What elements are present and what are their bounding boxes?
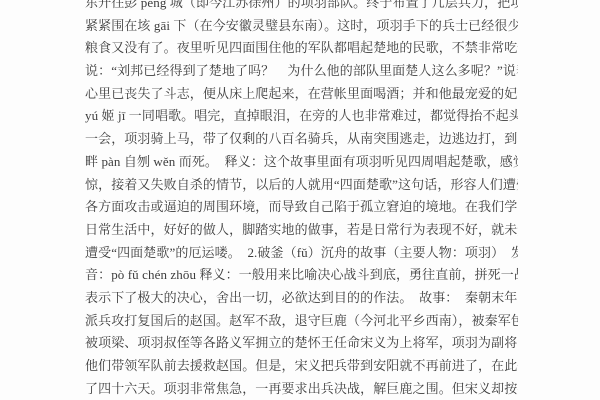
text-line: 表示下了极大的决心，舍出一切，必欲达到目的的作法。 故事： 秦朝末年，秦: [85, 287, 518, 310]
text-line: 畔 pàn 自刎 wěn 而死。 释义：这个故事里面有项羽听见四周唱起楚歌，感觉…: [85, 151, 518, 174]
text-line: 他们带领军队前去援救赵国。但是，宋义把兵带到安阳就不再前进了，在此停留: [85, 355, 518, 378]
text-line: 各方面攻击或逼迫的周围环境，而导致自己陷于孤立窘迫的境地。在我们学习和: [85, 196, 518, 219]
text-line: 惊，接着又失败自杀的情节，以后的人就用“四面楚歌”这句话，形容人们遭受: [85, 174, 518, 197]
text-line: yú 姬 jī 一同唱歌。唱完，直掉眼泪，在旁的人也非常难过，都觉得抬不起头来。: [85, 105, 518, 128]
text-line: 被项梁、项羽叔侄等各路义军拥立的楚怀王任命宋义为上将军，项羽为副将，让: [85, 332, 518, 355]
text-line: 东开往彭 péng 城（即今江苏徐州）的项羽部队。终于布置了几层兵力，把项羽: [85, 0, 518, 15]
paragraph-text-block: 东开往彭 péng 城（即今江苏徐州）的项羽部队。终于布置了几层兵力，把项羽紧紧…: [85, 0, 518, 400]
text-line: 日常生活中，好好的做人，脚踏实地的做事，若是日常行为表现不好，就未免要: [85, 219, 518, 242]
text-line: 粮食又没有了。夜里听见四面围住他的军队都唱起楚地的民歌，不禁非常吃惊地: [85, 37, 518, 60]
text-line: 说：“刘邦已经得到了楚地了吗？ 为什么他的部队里面楚人这么多呢？”说着，: [85, 60, 518, 83]
text-line: 遭受“四面楚歌”的厄运喽。 2.破釜（fǔ）沉舟的故事（主要人物：项羽） 发: [85, 242, 518, 265]
text-line: 一会，项羽骑上马，带了仅剩的八百名骑兵，从南突围逃走，边逃边打，到乌江: [85, 128, 518, 151]
text-line: 心里已丧失了斗志，便从床上爬起来，在营帐里面喝酒；并和他最宠爱的妃子虞: [85, 83, 518, 106]
text-line: 派兵攻打复国后的赵国。赵军不敌，退守巨鹿（今河北平乡西南），被秦军包围。: [85, 310, 518, 333]
text-line: 紧紧围在垓 gāi 下（在今安徽灵璧县东南）。这时，项羽手下的兵士已经很少，: [85, 15, 518, 38]
document-page: 东开往彭 péng 城（即今江苏徐州）的项羽部队。终于布置了几层兵力，把项羽紧紧…: [0, 0, 600, 400]
text-line: 音：pò fǔ chén zhōu 释义：一般用来比喻决心战斗到底，勇往直前，拼…: [85, 264, 518, 287]
text-line: 了四十六天。项羽非常焦急，一再要求出兵决战，解巨鹿之围。但宋义却按兵不: [85, 378, 518, 400]
